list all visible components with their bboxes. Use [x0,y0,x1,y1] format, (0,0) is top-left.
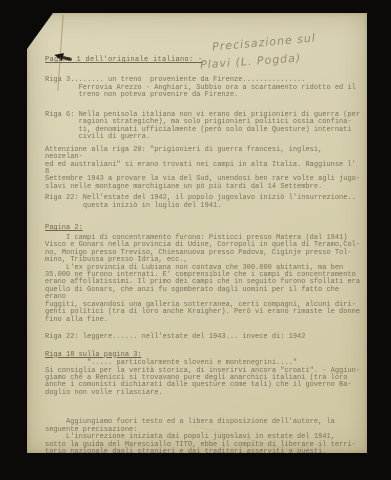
para-nota-autore: Aggiungiamo fuori testo ed a libera disp… [45,419,361,434]
para-insurrezione: L'insurrezione iniziata dai popoli jugos… [45,434,361,464]
para-riga-22: Riga 22: Nell'estate del 1942, il popolo… [45,195,361,210]
para-provincia-lubiana: L'ex provincia di Lubiana non contava ch… [45,265,361,325]
page-title: Pagina 1 dell'originale italiano: - [45,57,203,64]
para-campi-concentramento: I campi di concentramento furono: Pistic… [45,235,361,265]
fold-crease [23,10,51,47]
heading-pagina-2: Pagina 2: [45,225,83,232]
para-riga-6: Riga 6: Nella penisola italiana non vi e… [45,112,361,142]
para-croati: "..... particolarmente sloveni e montene… [45,360,361,397]
para-riga-22-bis: Riga 22: leggere...... nell'estate del 1… [45,334,361,341]
heading-riga-18-pagina-3: Riga 18 sulla pagina 3: [45,352,142,359]
typescript-body: Pagina 1 dell'originale italiano: - Riga… [45,57,361,464]
handwritten-annotation-line1: Precisazione sul [212,31,317,53]
paper-sheet: Precisazione sul Plavi (L. Pogda) Pagina… [27,13,367,453]
scanned-document-screenshot: Precisazione sul Plavi (L. Pogda) Pagina… [0,0,391,480]
para-riga-3: Riga 3........ un treno proveniente da F… [45,77,361,99]
para-attenzione-riga-20: Attenzione alla riga 20: "prigionieri di… [45,147,361,192]
